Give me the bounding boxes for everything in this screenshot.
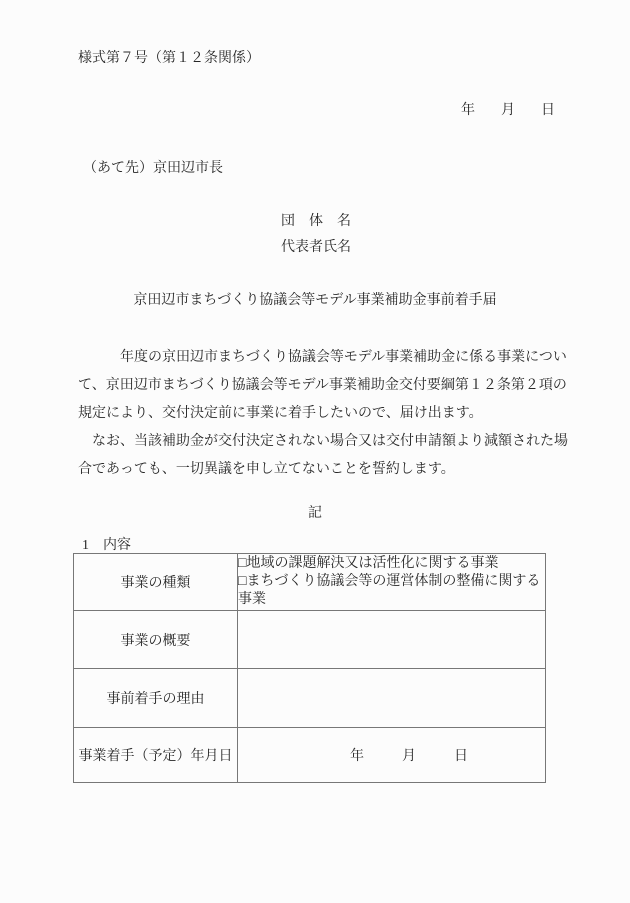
option-text-1: 地域の課題解決又は活性化に関する事業 [246,556,498,571]
paragraph1-line3: 規定により、交付決定前に事業に着手したいので、届け出ます。 [78,400,558,428]
paragraph1-line1: 年度の京田辺市まちづくり協議会等モデル事業補助金に係る事業につい [78,344,558,372]
paragraph2-line1: なお、当該補助金が交付決定されない場合又は交付申請額より減額された場 [78,428,558,456]
paragraph1-line2: て、京田辺市まちづくり協議会等モデル事業補助金交付要綱第１２条第２項の [78,372,558,400]
row-content-reason [238,669,546,728]
year-label: 年 [350,745,364,765]
header-date-line: 年 月 日 [78,97,555,125]
row-label-business-type: 事業の種類 [74,554,238,611]
row-label-start-date: 事業着手（予定）年月日 [74,728,238,783]
addressee: （あて先）京田辺市長 [83,155,223,183]
row-content-business-summary [238,611,546,669]
option-line-2: □まちづくり協議会等の運営体制の整備に関する事業 [238,573,545,609]
option-text-2: まちづくり協議会等の運営体制の整備に関する事業 [238,574,540,607]
table-row-business-summary: 事業の概要 [74,611,546,669]
table-row-business-type: 事業の種類 □地域の課題解決又は活性化に関する事業 □まちづくり協議会等の運営体… [74,554,546,611]
table-row-start-date: 事業着手（予定）年月日 年月日 [74,728,546,783]
row-content-start-date: 年月日 [238,728,546,783]
table-row-reason: 事前着手の理由 [74,669,546,728]
month-label: 月 [402,745,416,765]
document-title: 京田辺市まちづくり協議会等モデル事業補助金事前着手届 [0,287,630,315]
group-name-label: 団 体 名 [281,208,351,236]
form-number: 様式第７号（第１２条関係） [78,45,260,73]
body-text: 年度の京田辺市まちづくり協議会等モデル事業補助金に係る事業につい て、京田辺市ま… [78,344,558,484]
paragraph2-line2: 合であっても、一切異議を申し立てないことを誓約します。 [78,456,558,484]
day-label: 日 [541,97,555,125]
row-content-business-type: □地域の課題解決又は活性化に関する事業 □まちづくり協議会等の運営体制の整備に関… [238,554,546,611]
year-label: 年 [461,97,475,125]
option-line-1: □地域の課題解決又は活性化に関する事業 [238,555,545,573]
month-label: 月 [501,97,515,125]
content-table: 事業の種類 □地域の課題解決又は活性化に関する事業 □まちづくり協議会等の運営体… [73,553,546,783]
row-label-reason: 事前着手の理由 [74,669,238,728]
record-mark: 記 [0,500,630,528]
row-label-business-summary: 事業の概要 [74,611,238,669]
document-page: 様式第７号（第１２条関係） 年 月 日 （あて先）京田辺市長 団 体 名 代表者… [0,0,630,903]
representative-name-label: 代表者氏名 [281,234,351,262]
day-label: 日 [454,745,468,765]
